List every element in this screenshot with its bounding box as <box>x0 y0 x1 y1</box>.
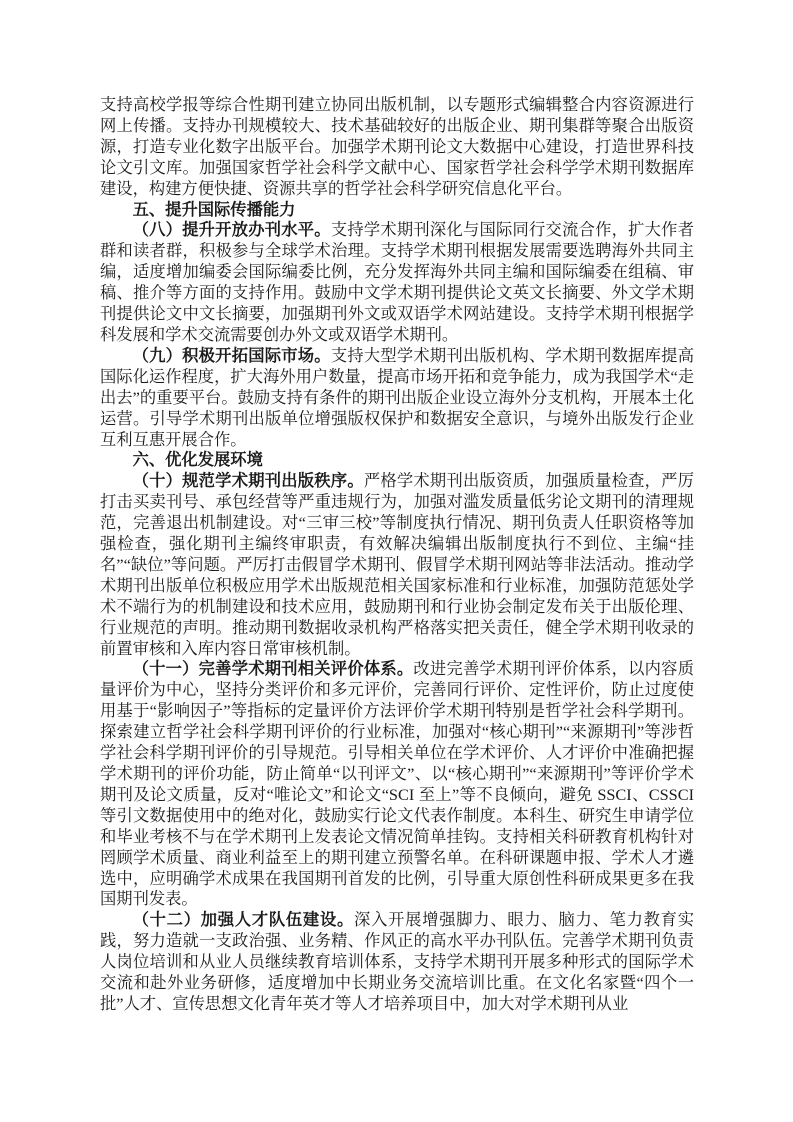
clause-lead-9: （九）积极开拓国际市场。 <box>133 346 331 365</box>
paragraph-continuation: 支持高校学报等综合性期刊建立协同出版机制，以专题形式编辑整合内容资源进行网上传播… <box>100 95 694 200</box>
clause-lead-11: （十一）完善学术期刊相关评价体系。 <box>133 659 414 678</box>
document-page: 支持高校学报等综合性期刊建立协同出版机制，以专题形式编辑整合内容资源进行网上传播… <box>0 0 793 1122</box>
document-text-block: 支持高校学报等综合性期刊建立协同出版机制，以专题形式编辑整合内容资源进行网上传播… <box>100 95 694 1015</box>
clause-lead-12: （十二）加强人才队伍建设。 <box>133 910 354 929</box>
clause-lead-8: （八）提升开放办刊水平。 <box>133 220 331 239</box>
section-heading-6: 六、优化发展环境 <box>100 450 694 471</box>
section-heading-5: 五、提升国际传播能力 <box>100 200 694 221</box>
clause-lead-10: （十）规范学术期刊出版秩序。 <box>133 471 364 490</box>
clause-text-10: 严格学术期刊出版资质，加强质量检查，严厉打击买卖刊号、承包经营等严重违规行为，加… <box>100 471 694 657</box>
clause-paragraph-11: （十一）完善学术期刊相关评价体系。改进完善学术期刊评价体系，以内容质量评价为中心… <box>100 659 694 910</box>
clause-text-11: 改进完善学术期刊评价体系，以内容质量评价为中心，坚持分类评价和多元评价，完善同行… <box>100 659 694 908</box>
clause-paragraph-10: （十）规范学术期刊出版秩序。严格学术期刊出版资质，加强质量检查，严厉打击买卖刊号… <box>100 471 694 659</box>
clause-paragraph-9: （九）积极开拓国际市场。支持大型学术期刊出版机构、学术期刊数据库提高国际化运作程… <box>100 346 694 451</box>
clause-paragraph-8: （八）提升开放办刊水平。支持学术期刊深化与国际同行交流合作，扩大作者群和读者群，… <box>100 220 694 345</box>
clause-paragraph-12: （十二）加强人才队伍建设。深入开展增强脚力、眼力、脑力、笔力教育实践，努力造就一… <box>100 910 694 1015</box>
